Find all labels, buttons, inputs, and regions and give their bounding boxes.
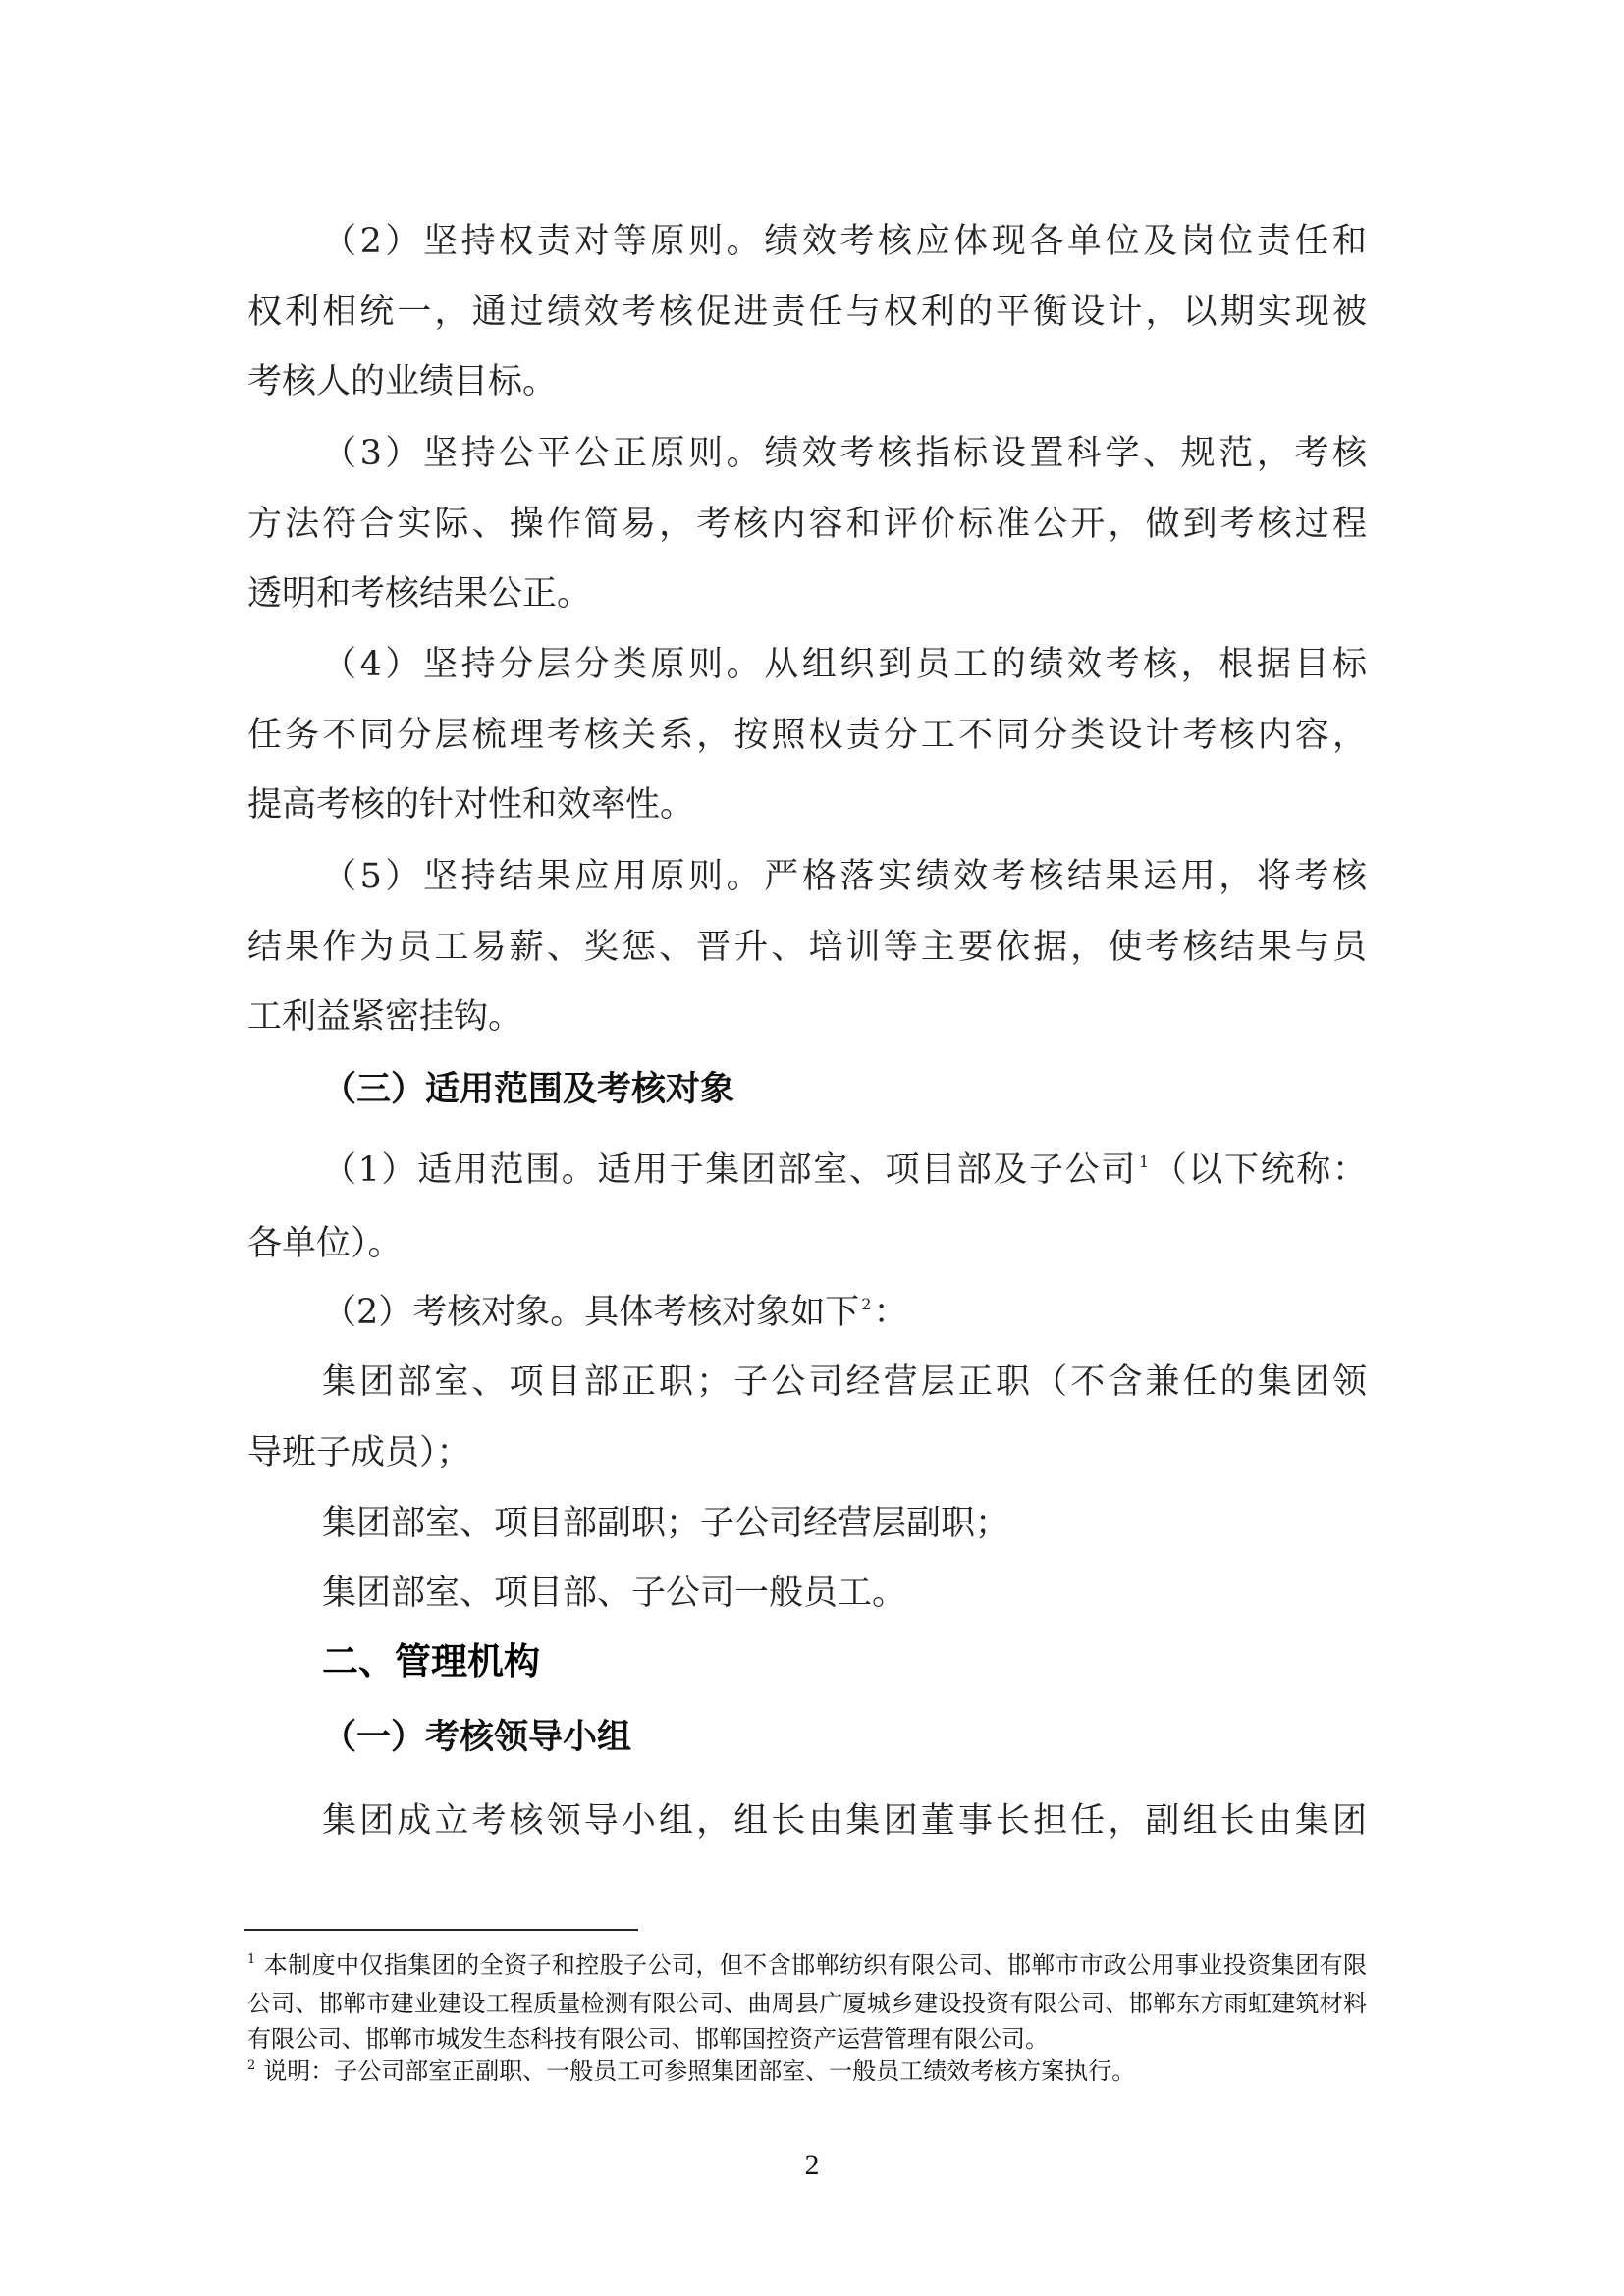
principle-number: （5） xyxy=(322,857,423,896)
scope-item-line-1: （1）适用范围。适用于集团部室、项目部及子公司1（以下统称： xyxy=(322,1146,1367,1195)
footnote-2-marker: 2 xyxy=(247,2058,255,2073)
section-management-heading: 二、管理机构 xyxy=(322,1637,1367,1686)
target-3-line: 集团部室、项目部、子公司一般员工。 xyxy=(322,1569,1367,1618)
footnote-separator xyxy=(244,1929,638,1931)
principle-number: （2） xyxy=(322,222,423,261)
item-number: （1） xyxy=(322,1150,417,1190)
scope-text-cont: （以下统称： xyxy=(1151,1150,1367,1190)
principle-text: 坚持分层分类原则。从组织到员工的绩效考核，根据目标 xyxy=(423,645,1367,684)
principle-2-line-1: （2）坚持权责对等原则。绩效考核应体现各单位及岗位责任和 xyxy=(322,217,1367,266)
footnote-text: 本制度中仅指集团的全资子和控股子公司，但不含邯郸纺织有限公司、邯郸市市政公用事业… xyxy=(263,1951,1367,1979)
target-1-line-1: 集团部室、项目部正职；子公司经营层正职（不含兼任的集团领 xyxy=(322,1358,1367,1407)
document-page: （2）坚持权责对等原则。绩效考核应体现各单位及岗位责任和 权利相统一，通过绩效考… xyxy=(0,0,1624,2296)
principle-4-line-3: 提高考核的针对性和效率性。 xyxy=(247,780,1367,829)
principle-4-line-2: 任务不同分层梳理考核关系，按照权责分工不同分类设计考核内容， xyxy=(247,711,1367,760)
principle-3-line-2: 方法符合实际、操作简易，考核内容和评价标准公开，做到考核过程 xyxy=(247,500,1367,549)
principle-2-line-2: 权利相统一，通过绩效考核促进责任与权利的平衡设计，以期实现被 xyxy=(247,288,1367,337)
principle-5-line-2: 结果作为员工易薪、奖惩、晋升、培训等主要依据，使考核结果与员 xyxy=(247,923,1367,972)
principle-text: 坚持结果应用原则。严格落实绩效考核结果运用，将考核 xyxy=(423,857,1367,896)
footnote-ref-2[interactable]: 2 xyxy=(861,1295,871,1313)
targets-colon: ： xyxy=(873,1293,907,1332)
targets-text: 考核对象。具体考核对象如下 xyxy=(412,1293,859,1332)
target-2-line: 集团部室、项目部副职；子公司经营层副职； xyxy=(322,1499,1367,1548)
principle-number: （3） xyxy=(322,434,423,473)
leadership-paragraph-line-1: 集团成立考核领导小组，组长由集团董事长担任，副组长由集团 xyxy=(322,1796,1367,1845)
item-number: （2） xyxy=(322,1293,412,1332)
scope-item-line-2: 各单位）。 xyxy=(247,1219,1367,1268)
principle-text: 坚持公平公正原则。绩效考核指标设置科学、规范，考核 xyxy=(423,434,1367,473)
target-1-line-2: 导班子成员）； xyxy=(247,1428,1367,1477)
scope-text: 适用范围。适用于集团部室、项目部及子公司 xyxy=(417,1150,1137,1190)
footnote-1-line-2: 公司、邯郸市建业建设工程质量检测有限公司、曲周县广厦城乡建设投资有限公司、邯郸东… xyxy=(247,1987,1367,2020)
principle-5-line-3: 工利益紧密挂钩。 xyxy=(247,992,1367,1041)
footnote-2-line-1: 2说明：子公司部室正副职、一般员工可参照集团部室、一般员工绩效考核方案执行。 xyxy=(247,2055,1367,2088)
footnote-1-marker: 1 xyxy=(247,1952,255,1967)
section-leadership-subheading: （一）考核领导小组 xyxy=(322,1713,1367,1762)
footnote-text: 说明：子公司部室正副职、一般员工可参照集团部室、一般员工绩效考核方案执行。 xyxy=(263,2057,1135,2085)
section-scope-heading: （三）适用范围及考核对象 xyxy=(322,1065,1367,1114)
principle-2-line-3: 考核人的业绩目标。 xyxy=(247,357,1367,406)
footnote-ref-1[interactable]: 1 xyxy=(1139,1152,1149,1171)
principle-text: 坚持权责对等原则。绩效考核应体现各单位及岗位责任和 xyxy=(423,222,1367,261)
principle-4-line-1: （4）坚持分层分类原则。从组织到员工的绩效考核，根据目标 xyxy=(322,640,1367,689)
principle-5-line-1: （5）坚持结果应用原则。严格落实绩效考核结果运用，将考核 xyxy=(322,852,1367,901)
principle-3-line-1: （3）坚持公平公正原则。绩效考核指标设置科学、规范，考核 xyxy=(322,429,1367,478)
footnote-1-line-1: 1本制度中仅指集团的全资子和控股子公司，但不含邯郸纺织有限公司、邯郸市市政公用事… xyxy=(247,1949,1367,1982)
page-number: 2 xyxy=(785,2148,839,2183)
principle-number: （4） xyxy=(322,645,423,684)
targets-item-line: （2）考核对象。具体考核对象如下2： xyxy=(322,1288,1367,1337)
footnote-1-line-3: 有限公司、邯郸市城发生态科技有限公司、邯郸国控资产运营管理有限公司。 xyxy=(247,2022,1367,2056)
principle-3-line-3: 透明和考核结果公正。 xyxy=(247,569,1367,618)
